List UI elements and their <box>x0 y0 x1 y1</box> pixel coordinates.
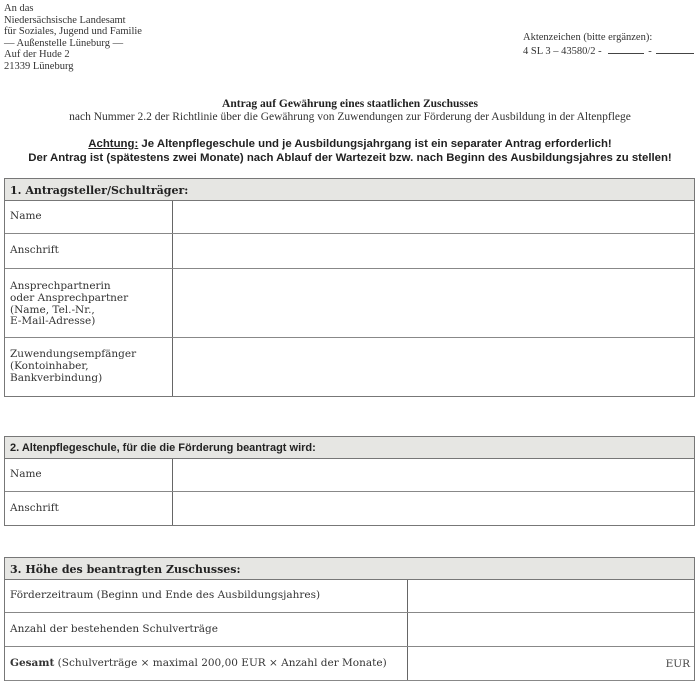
recipient-address: An das Niedersächsische Landesamt für So… <box>4 3 142 73</box>
field-label: Name <box>5 201 173 233</box>
section-title: 2. Altenpflegeschule, für die die Förder… <box>5 437 694 459</box>
section-school: 2. Altenpflegeschule, für die die Förder… <box>4 436 695 526</box>
school-name-field[interactable] <box>173 459 694 491</box>
currency-unit: EUR <box>666 658 690 670</box>
total-formula: (Schulverträge × maximal 200,00 EUR × An… <box>54 658 386 670</box>
table-row: Förderzeitraum (Beginn und Ende des Ausb… <box>5 580 694 613</box>
notice-line-1: Je Altenpflegeschule und je Ausbildungsj… <box>138 138 611 150</box>
reference-number: Aktenzeichen (bitte ergänzen): 4 SL 3 – … <box>523 32 694 57</box>
notice-line-2: Der Antrag ist (spätestens zwei Monate) … <box>0 151 700 165</box>
notice-label: Achtung: <box>88 138 138 150</box>
total-amount-field[interactable]: EUR <box>408 647 694 680</box>
address-line: Niedersächsische Landesamt <box>4 15 142 27</box>
applicant-address-field[interactable] <box>173 234 694 268</box>
table-row: Name <box>5 201 694 234</box>
field-label: Anschrift <box>5 234 173 268</box>
form-heading: Antrag auf Gewährung eines staatlichen Z… <box>0 98 700 111</box>
address-line: 21339 Lüneburg <box>4 61 142 73</box>
address-line: — Außenstelle Lüneburg — <box>4 38 142 50</box>
section-title: 3. Höhe des beantragten Zuschusses: <box>5 558 694 580</box>
table-row: Anzahl der bestehenden Schulverträge <box>5 613 694 647</box>
table-row: Zuwendungsempfänger (Kontoinhaber, Bankv… <box>5 338 694 396</box>
form-title: Antrag auf Gewährung eines staatlichen Z… <box>0 98 700 124</box>
section-title: 1. Antragsteller/Schulträger: <box>5 179 694 201</box>
field-label: Anzahl der bestehenden Schulverträge <box>5 613 408 646</box>
reference-label: Aktenzeichen (bitte ergänzen): <box>523 32 694 44</box>
section-applicant: 1. Antragsteller/Schulträger: Name Ansch… <box>4 178 695 397</box>
field-label: Gesamt (Schulverträge × maximal 200,00 E… <box>5 647 408 680</box>
address-line: An das <box>4 3 142 15</box>
form-subheading: nach Nummer 2.2 der Richtlinie über die … <box>0 111 700 124</box>
notice: Achtung: Je Altenpflegeschule und je Aus… <box>0 137 700 165</box>
field-label: Name <box>5 459 173 491</box>
address-line: für Soziales, Jugend und Familie <box>4 26 142 38</box>
table-row: Gesamt (Schulverträge × maximal 200,00 E… <box>5 647 694 681</box>
funding-period-field[interactable] <box>408 580 694 612</box>
section-amount: 3. Höhe des beantragten Zuschusses: Förd… <box>4 557 695 681</box>
reference-separator: - <box>648 46 652 57</box>
table-row: Anschrift <box>5 234 694 269</box>
field-label: Zuwendungsempfänger (Kontoinhaber, Bankv… <box>5 338 173 396</box>
reference-blank-1[interactable] <box>608 44 644 54</box>
school-address-field[interactable] <box>173 492 694 525</box>
table-row: Name <box>5 459 694 492</box>
field-label: Förderzeitraum (Beginn und Ende des Ausb… <box>5 580 408 612</box>
table-row: Anschrift <box>5 492 694 525</box>
table-row: Ansprechpartnerin oder Ansprechpartner (… <box>5 269 694 338</box>
applicant-name-field[interactable] <box>173 201 694 233</box>
address-line: Auf der Hude 2 <box>4 49 142 61</box>
recipient-bank-field[interactable] <box>173 338 694 396</box>
total-label: Gesamt <box>10 658 54 670</box>
reference-blank-2[interactable] <box>656 44 694 54</box>
reference-prefix: 4 SL 3 – 43580/2 - <box>523 46 602 57</box>
field-label: Anschrift <box>5 492 173 525</box>
field-label: Ansprechpartnerin oder Ansprechpartner (… <box>5 269 173 337</box>
contract-count-field[interactable] <box>408 613 694 646</box>
contact-person-field[interactable] <box>173 269 694 337</box>
